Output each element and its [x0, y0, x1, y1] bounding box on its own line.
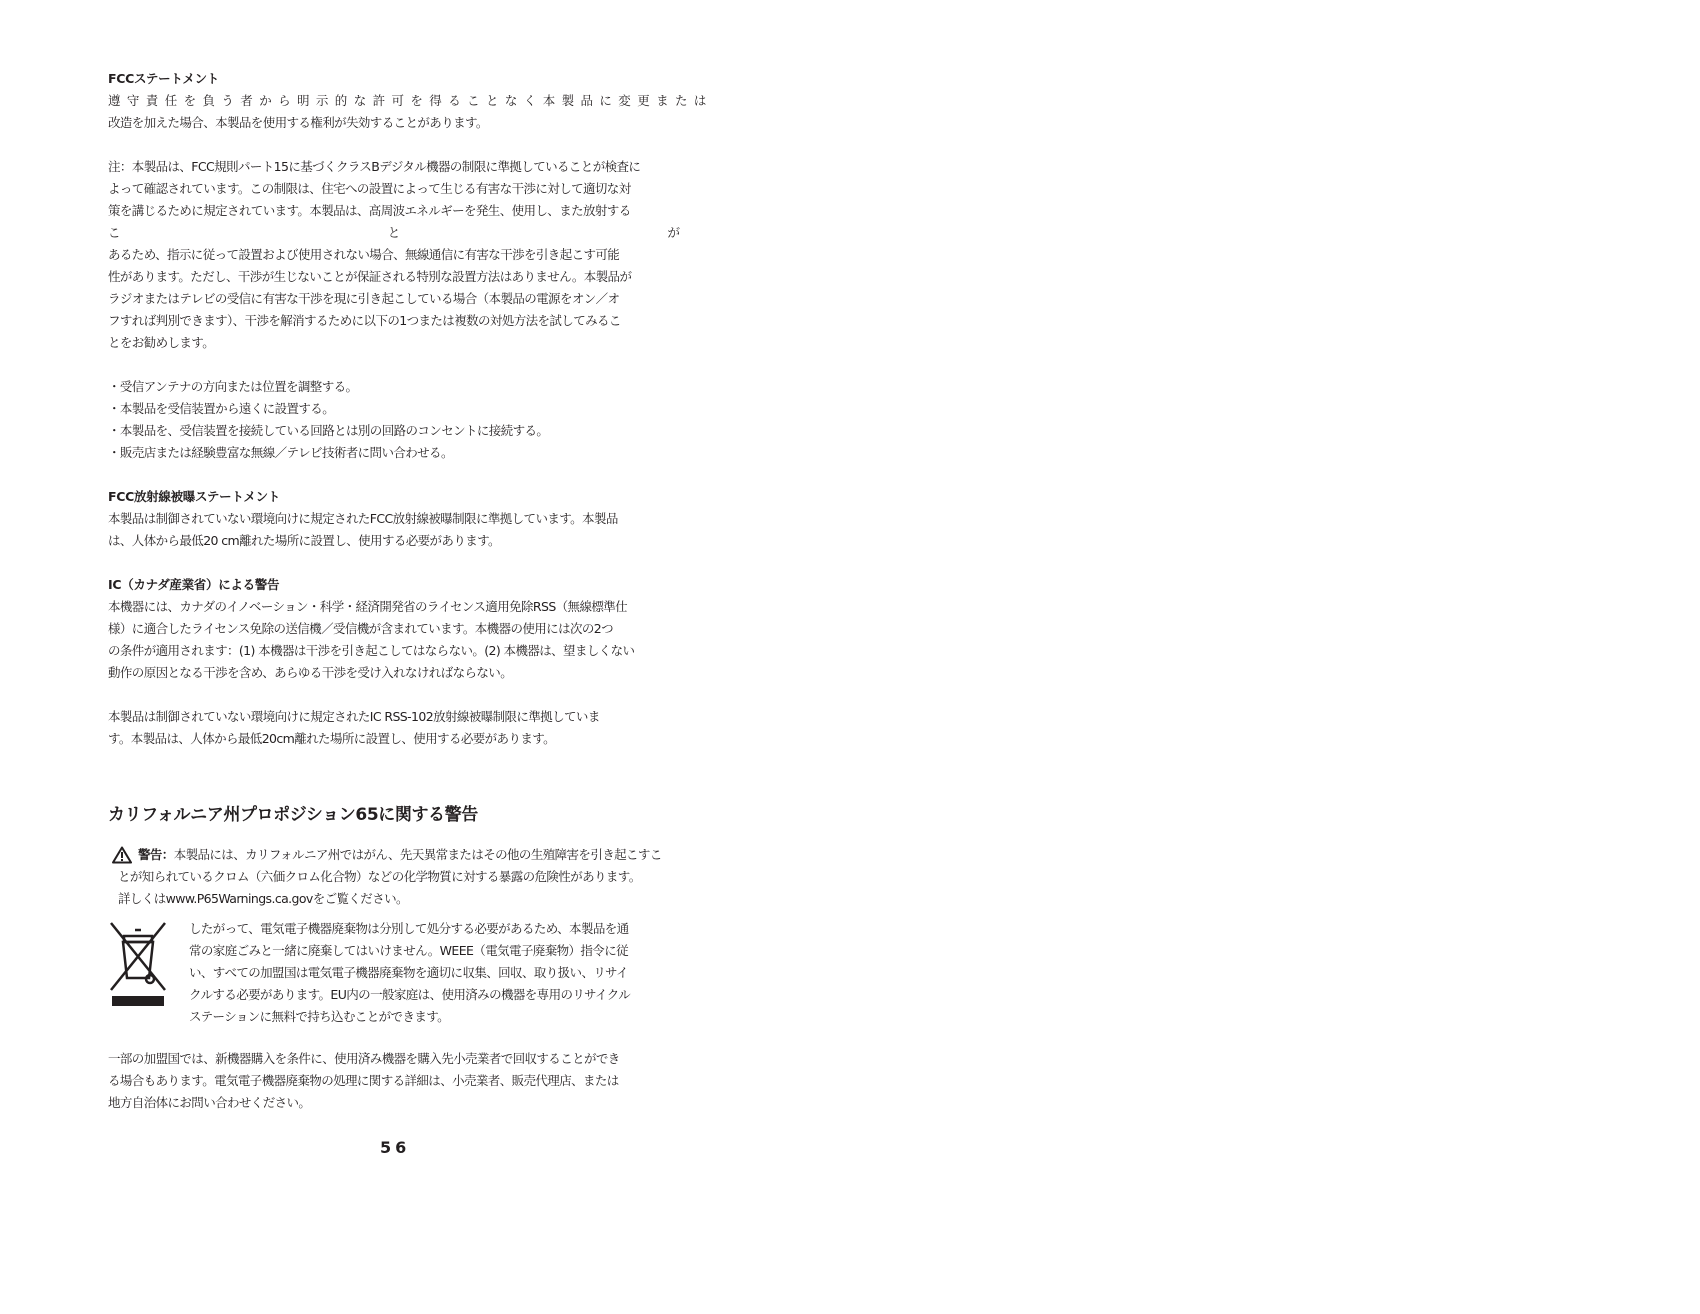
paragraph-line: る場合もあります。電気電子機器廃棄物の処理に関する詳細は、小売業者、販売代理店、… [108, 1070, 680, 1092]
paragraph-line: 改造を加えた場合、本製品を使用する権利が失効することがあります。 [108, 112, 680, 134]
fcc-note-section: 注：本製品は、FCC規則パート15に基づくクラスBデジタル機器の制限に準拠してい… [108, 156, 680, 354]
fcc-radiation-heading: FCC放射線被曝ステートメント [108, 486, 680, 508]
paragraph-line: 本機器には、カナダのイノベーション・科学・経済開発省のライセンス適用免除RSS（… [108, 596, 680, 618]
list-item: ・本製品を、受信装置を接続している回路とは別の回路のコンセントに接続する。 [108, 420, 680, 442]
crossed-out-wheelie-bin-icon [108, 920, 168, 1010]
prop65-section: カリフォルニア州プロポジション65に関する警告 警告：本製品には、カリフォルニア… [108, 800, 680, 910]
paragraph-line: ラジオまたはテレビの受信に有害な干渉を現に引き起こしている場合（本製品の電源をオ… [108, 288, 680, 310]
paragraph-line: 詳しくはwww.P65Warnings.ca.govをご覧ください。 [118, 888, 680, 910]
paragraph-line: は、人体から最低20 cm離れた場所に設置し、使用する必要があります。 [108, 530, 680, 552]
fcc-statement-section: FCCステートメント 遵守責任を負う者から明示的な許可を得ることなく本製品に変更… [108, 68, 680, 134]
paragraph-line: い、すべての加盟国は電気電子機器廃棄物を適切に収集、回収、取り扱い、リサイ [189, 962, 630, 984]
paragraph-line: 常の家庭ごみと一緒に廃棄してはいけません。WEEE（電気電子廃棄物）指令に従 [189, 940, 630, 962]
paragraph-line: 遵守責任を負う者から明示的な許可を得ることなく本製品に変更または [108, 90, 680, 112]
warning-label: 警告： [138, 847, 174, 862]
paragraph-line: 地方自治体にお問い合わせください。 [108, 1092, 680, 1114]
ic-warning-heading: IC（カナダ産業省）による警告 [108, 574, 680, 596]
paragraph-line: したがって、電気電子機器廃棄物は分別して処分する必要があるため、本製品を通 [189, 918, 630, 940]
paragraph-line: 策を講じるために規定されています。本製品は、高周波エネルギーを発生、使用し、また… [108, 200, 680, 222]
fcc-statement-heading: FCCステートメント [108, 68, 680, 90]
remedies-list: ・受信アンテナの方向または位置を調整する。 ・本製品を受信装置から遠くに設置する… [108, 376, 680, 464]
content-column: FCCステートメント 遵守責任を負う者から明示的な許可を得ることなく本製品に変更… [108, 68, 680, 1114]
paragraph-line: ステーションに無料で持ち込むことができます。 [189, 1006, 630, 1028]
paragraph-line: 本製品は制御されていない環境向けに規定されたFCC放射線被曝制限に準拠しています… [108, 508, 680, 530]
prop65-heading: カリフォルニア州プロポジション65に関する警告 [108, 800, 680, 830]
retailer-takeback-section: 一部の加盟国では、新機器購入を条件に、使用済み機器を購入先小売業者で回収すること… [108, 1048, 680, 1114]
list-item: ・本製品を受信装置から遠くに設置する。 [108, 398, 680, 420]
ic-radiation-section: 本製品は制御されていない環境向けに規定されたIC RSS-102放射線被曝制限に… [108, 706, 680, 750]
paragraph-line: 一部の加盟国では、新機器購入を条件に、使用済み機器を購入先小売業者で回収すること… [108, 1048, 680, 1070]
paragraph-line: 本製品には、カリフォルニア州ではがん、先天異常またはその他の生殖障害を引き起こす… [174, 847, 662, 862]
paragraph-line: クルする必要があります。EU内の一般家庭は、使用済みの機器を専用のリサイクル [189, 984, 630, 1006]
justified-split-line: こ と が [108, 222, 680, 244]
list-item: ・受信アンテナの方向または位置を調整する。 [108, 376, 680, 398]
paragraph-line: 注：本製品は、FCC規則パート15に基づくクラスBデジタル機器の制限に準拠してい… [108, 156, 680, 178]
paragraph-line: の条件が適用されます：(1) 本機器は干渉を引き起こしてはならない。(2) 本機… [108, 640, 680, 662]
paragraph-line: とが知られているクロム（六価クロム化合物）などの化学物質に対する暴露の危険性があ… [118, 866, 680, 888]
list-item: ・販売店または経験豊富な無線／テレビ技術者に問い合わせる。 [108, 442, 680, 464]
paragraph-line: よって確認されています。この制限は、住宅への設置によって生じる有害な干渉に対して… [108, 178, 680, 200]
paragraph-line: 本製品は制御されていない環境向けに規定されたIC RSS-102放射線被曝制限に… [108, 706, 680, 728]
paragraph-line: とをお勧めします。 [108, 332, 680, 354]
paragraph-line: す。本製品は、人体から最低20cm離れた場所に設置し、使用する必要があります。 [108, 728, 680, 750]
weee-section: したがって、電気電子機器廃棄物は分別して処分する必要があるため、本製品を通 常の… [108, 918, 680, 1028]
paragraph-line: フすれば判別できます）、干渉を解消するために以下の1つまたは複数の対処方法を試し… [108, 310, 680, 332]
paragraph-line: 性があります。ただし、干渉が生じないことが保証される特別な設置方法はありません。… [108, 266, 680, 288]
fcc-radiation-section: FCC放射線被曝ステートメント 本製品は制御されていない環境向けに規定されたFC… [108, 486, 680, 552]
page-number: 56 [380, 1138, 410, 1157]
ic-warning-section: IC（カナダ産業省）による警告 本機器には、カナダのイノベーション・科学・経済開… [108, 574, 680, 684]
paragraph-line: 動作の原因となる干渉を含め、あらゆる干渉を受け入れなければならない。 [108, 662, 680, 684]
document-page: FCCステートメント 遵守責任を負う者から明示的な許可を得ることなく本製品に変更… [0, 0, 1700, 1314]
paragraph-line: あるため、指示に従って設置および使用されない場合、無線通信に有害な干渉を引き起こ… [108, 244, 680, 266]
warning-triangle-icon [112, 846, 132, 864]
paragraph-line: 様）に適合したライセンス免除の送信機／受信機が含まれています。本機器の使用には次… [108, 618, 680, 640]
